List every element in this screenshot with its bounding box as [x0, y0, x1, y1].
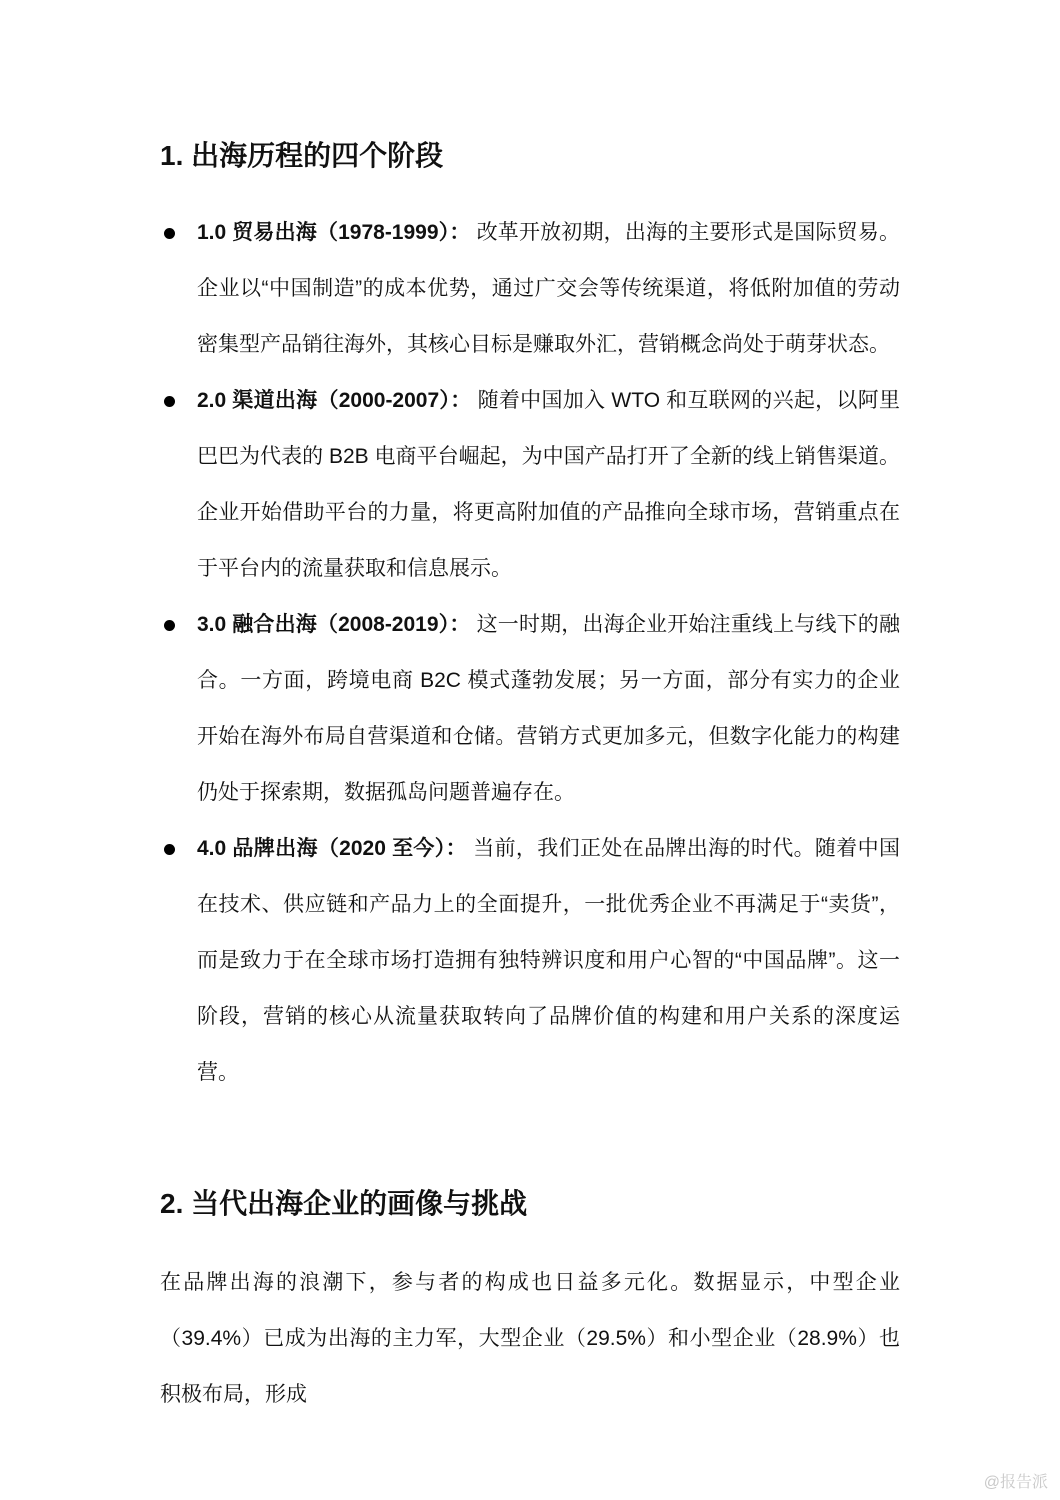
watermark: @报告派 — [984, 1469, 1048, 1492]
phase-3-label: 3.0 融合出海（2008-2019）： — [197, 613, 471, 636]
section-2-paragraph: 在品牌出海的浪潮下，参与者的构成也日益多元化。数据显示，中型企业（39.4%）已… — [160, 1255, 900, 1423]
bullet-icon — [164, 620, 175, 631]
phase-item-3: 3.0 融合出海（2008-2019）： 这一时期，出海企业开始注重线上与线下的… — [160, 597, 900, 821]
section-2-title: 2. 当代出海企业的画像与挑战 — [160, 1187, 900, 1221]
phase-4-label: 4.0 品牌出海（2020 至今）： — [197, 837, 467, 860]
phase-1-label: 1.0 贸易出海（1978-1999）： — [197, 221, 471, 244]
phase-2-text: 随着中国加入 WTO 和互联网的兴起，以阿里巴巴为代表的 B2B 电商平台崛起，… — [197, 389, 900, 580]
bullet-icon — [164, 844, 175, 855]
phase-2-label: 2.0 渠道出海（2000-2007）： — [197, 389, 472, 412]
phase-item-4: 4.0 品牌出海（2020 至今）： 当前，我们正处在品牌出海的时代。随着中国在… — [160, 821, 900, 1101]
document-content: 1. 出海历程的四个阶段 1.0 贸易出海（1978-1999）： 改革开放初期… — [0, 0, 1060, 1423]
phase-4-text: 当前，我们正处在品牌出海的时代。随着中国在技术、供应链和产品力上的全面提升，一批… — [197, 837, 900, 1084]
phase-list: 1.0 贸易出海（1978-1999）： 改革开放初期，出海的主要形式是国际贸易… — [160, 205, 900, 1101]
phase-3-text: 这一时期，出海企业开始注重线上与线下的融合。一方面，跨境电商 B2C 模式蓬勃发… — [197, 613, 900, 804]
bullet-icon — [164, 228, 175, 239]
section-1-title: 1. 出海历程的四个阶段 — [160, 139, 900, 173]
document-page: 1. 出海历程的四个阶段 1.0 贸易出海（1978-1999）： 改革开放初期… — [0, 0, 1060, 1500]
bullet-icon — [164, 396, 175, 407]
phase-item-1: 1.0 贸易出海（1978-1999）： 改革开放初期，出海的主要形式是国际贸易… — [160, 205, 900, 373]
phase-item-2: 2.0 渠道出海（2000-2007）： 随着中国加入 WTO 和互联网的兴起，… — [160, 373, 900, 597]
